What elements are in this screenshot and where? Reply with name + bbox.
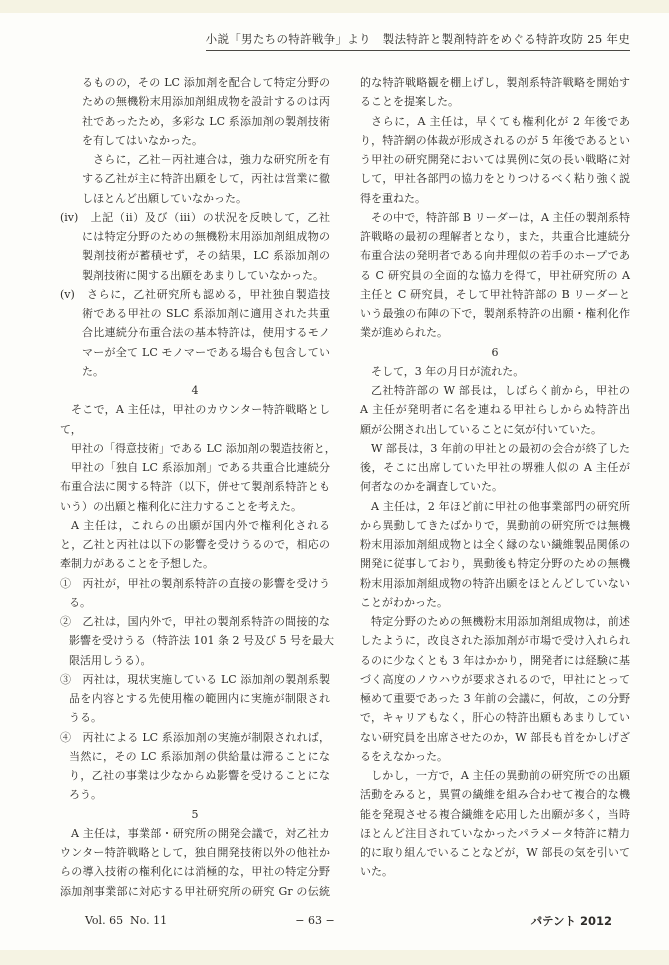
text-line: ることを提案した。 <box>360 92 630 111</box>
text-line: 合比連続分布重合法の基本特許は，使用するモノ <box>60 323 330 342</box>
text-line: 牽制力があることを予想した。 <box>60 554 330 573</box>
text-line: 5 <box>60 805 330 824</box>
text-line: 製剤技術に関する出願をあまりしていなかった。 <box>60 266 330 285</box>
text-line: 的な特許戦略観を棚上げし，製剤系特許戦略を開始す <box>360 73 630 92</box>
text-line: 品を内容とする先使用権の範囲内に実施が制限され <box>60 689 330 708</box>
text-line: 乙社特許部の W 部長は，しばらく前から，甲社の <box>360 381 630 400</box>
text-line: A 主任は，事業部・研究所の開発会議で，対乙社カ <box>60 824 330 843</box>
text-line: ための無機粉末用添加剤組成物を設計するのは丙 <box>60 92 330 111</box>
text-line: A 主任が発明者に名を連ねる甲社らしからぬ特許出 <box>360 400 630 419</box>
text-line: 粉末用添加剤組成物とは全く縁のない繊維製品関係の <box>360 535 630 554</box>
text-line: 業が進められた。 <box>360 323 630 342</box>
text-line: 何者なのかを調査していた。 <box>360 477 630 496</box>
text-line: したように，改良された添加剤が市場で受け入れられ <box>360 631 630 650</box>
text-line: には特定分野のための無機粉末用添加剤組成物の <box>60 227 330 246</box>
text-line: 許戦略の最初の理解者となり，また，共重合比連続分 <box>360 227 630 246</box>
text-line: た。 <box>60 362 330 381</box>
running-head: 小説「男たちの特許戦争」より 製法特許と製剤特許をめぐる特許攻防 25 年史 <box>206 31 630 51</box>
text-line: 甲社の「独自 LC 系添加剤」である共重合比連続分 <box>60 458 330 477</box>
text-line: ろう。 <box>60 785 330 804</box>
text-line: 限活用しうる）。 <box>60 651 330 670</box>
text-line: で，キャリアもなく，肝心の特許出願もあまりしてい <box>360 708 630 727</box>
text-line: づく高度のノウハウが要求されるので，甲社にとって <box>360 670 630 689</box>
text-line: 製剤技術が蓄積せず，その結果，LC 系添加剤の <box>60 246 330 265</box>
left-column: るものの，その LC 添加剤を配合して特定分野のための無機粉末用添加剤組成物を設… <box>60 73 330 901</box>
text-line: 粉末用添加剤組成物の特許出願をほとんどしていない <box>360 574 630 593</box>
text-line: 布重合法の発明者である向井理似の若手のホープであ <box>360 246 630 265</box>
text-line: 影響を受けうる（特許法 101 条 2 号及び 5 号を最大 <box>60 631 330 650</box>
text-line: 能を発現させる複合繊維を応用した出願が多く，当時 <box>360 805 630 824</box>
text-line: A 主任は，2 年ほど前に甲社の他事業部門の研究所 <box>360 497 630 516</box>
text-line: 4 <box>60 381 330 400</box>
text-line: しかし，一方で，A 主任の異動前の研究所での出願 <box>360 766 630 785</box>
text-line: から異動してきたばかりで，異動前の研究所では無機 <box>360 516 630 535</box>
text-line: さらに，A 主任は，早くても権利化が 2 年後であ <box>360 112 630 131</box>
text-line: A 主任は，これらの出願が国内外で権利化される <box>60 516 330 535</box>
text-line: 6 <box>360 343 630 362</box>
page-footer: Vol. 65 No. 11 − 63 − パテント 2012 <box>0 914 669 934</box>
text-line: 的に取り組んでいることなどが，W 部長の気を引いて <box>360 843 630 862</box>
text-line: 添加剤事業部に対応する甲社研究所の研究 Gr の伝統 <box>60 882 330 901</box>
text-line: るものの，その LC 添加剤を配合して特定分野の <box>60 73 330 92</box>
text-line: る。 <box>60 593 330 612</box>
text-line: ほとんど注目されていなかったパラメータ特許に精力 <box>360 824 630 843</box>
text-line: 後，そこに出席していた甲社の堺雅人似の A 主任が <box>360 458 630 477</box>
text-line: う甲社の研究開発においては異例に気の長い戦略に対 <box>360 150 630 169</box>
text-line: いう）の出願と権利化に注力することを考えた。 <box>60 497 330 516</box>
text-line: 布重合法に関する特許（以下，併せて製剤系特許とも <box>60 477 330 496</box>
text-line: り，特許網の体裁が形成されるのが 5 年後であるとい <box>360 131 630 150</box>
text-line: うる。 <box>60 708 330 727</box>
text-line: いう最強の布陣の下で，製剤系特許の出願・権利化作 <box>360 304 630 323</box>
text-line: (v) さらに，乙社研究所も認める，甲社独自製造技 <box>60 285 330 304</box>
text-line: 社であったため，多彩な LC 系添加剤の製剤技術 <box>60 112 330 131</box>
text-line: と，乙社と丙社は以下の影響を受けうるので，相応の <box>60 535 330 554</box>
text-line: 活動をみると，異質の繊維を組み合わせて複合的な機 <box>360 785 630 804</box>
scan-edge-bottom <box>0 950 669 965</box>
text-line: して，甲社各部門の協力をとりつけるべく粘り強く説 <box>360 169 630 188</box>
text-line: り，乙社の事業は少なからぬ影響を受けることにな <box>60 766 330 785</box>
text-line: 開発に従事しており，異動後も特定分野のための無機 <box>360 554 630 573</box>
text-line: そこで，A 主任は，甲社のカウンター特許戦略とし <box>60 400 330 419</box>
text-line: 願が公開され出していることに気が付いていた。 <box>360 420 630 439</box>
text-line: ④ 丙社による LC 系添加剤の実施が制限されれば， <box>60 728 330 747</box>
text-line: る C 研究員の全面的な協力を得て，甲社研究所の A <box>360 266 630 285</box>
text-line: 当然に，その LC 系添加剤の供給量は滞ることにな <box>60 747 330 766</box>
text-line: 特定分野のための無機粉末用添加剤組成物は，前述 <box>360 612 630 631</box>
text-line: W 部長は，3 年前の甲社との最初の会合が終了した <box>360 439 630 458</box>
text-line: しほとんど出願していなかった。 <box>60 189 330 208</box>
text-line: (iv) 上記（ii）及び（iii）の状況を反映して，乙社 <box>60 208 330 227</box>
body-columns: るものの，その LC 添加剤を配合して特定分野のための無機粉末用添加剤組成物を設… <box>60 73 630 901</box>
scan-edge-top <box>0 0 669 13</box>
text-line: そして，3 年の月日が流れた。 <box>360 362 630 381</box>
text-line: 甲社の「得意技術」である LC 添加剤の製造技術と， <box>60 439 330 458</box>
text-line: て， <box>60 420 330 439</box>
text-line: 主任と C 研究員，そして甲社特許部の B リーダーと <box>360 285 630 304</box>
text-line: いた。 <box>360 862 630 881</box>
journal-page: 小説「男たちの特許戦争」より 製法特許と製剤特許をめぐる特許攻防 25 年史 る… <box>0 0 669 965</box>
text-line: るのに少なくとも 3 年はかかり，開発者には経験に基 <box>360 651 630 670</box>
text-line: ウンター特許戦略として，独自開発技術以外の他社か <box>60 843 330 862</box>
right-column: 的な特許戦略観を棚上げし，製剤系特許戦略を開始することを提案した。さらに，A 主… <box>360 73 630 901</box>
text-line: 術である甲社の SLC 系添加剤に適用された共重 <box>60 304 330 323</box>
text-line: 極めて重要であった 3 年前の会議に，何故，この分野 <box>360 689 630 708</box>
text-line: 得を重ねた。 <box>360 189 630 208</box>
text-line: ② 乙社は，国内外で，甲社の製剤系特許の間接的な <box>60 612 330 631</box>
text-line: らの導入技術の権利化には消極的な，甲社の特定分野 <box>60 862 330 881</box>
text-line: を有してはいなかった。 <box>60 131 330 150</box>
text-line: ない研究員を出席させたのか，W 部長も首をかしげざ <box>360 728 630 747</box>
text-line: マーが全て LC モノマーである場合も包含してい <box>60 343 330 362</box>
text-line: その中で，特許部 B リーダーは，A 主任の製剤系特 <box>360 208 630 227</box>
footer-journal-name: パテント 2012 <box>531 913 612 929</box>
text-line: るをえなかった。 <box>360 747 630 766</box>
text-line: ことがわかった。 <box>360 593 630 612</box>
text-line: ① 丙社が，甲社の製剤系特許の直接の影響を受けう <box>60 574 330 593</box>
text-line: ③ 丙社は，現状実施している LC 添加剤の製剤系製 <box>60 670 330 689</box>
text-line: さらに，乙社－丙社連合は，強力な研究所を有 <box>60 150 330 169</box>
text-line: する乙社が主に特許出願をして，丙社は営業に徹 <box>60 169 330 188</box>
